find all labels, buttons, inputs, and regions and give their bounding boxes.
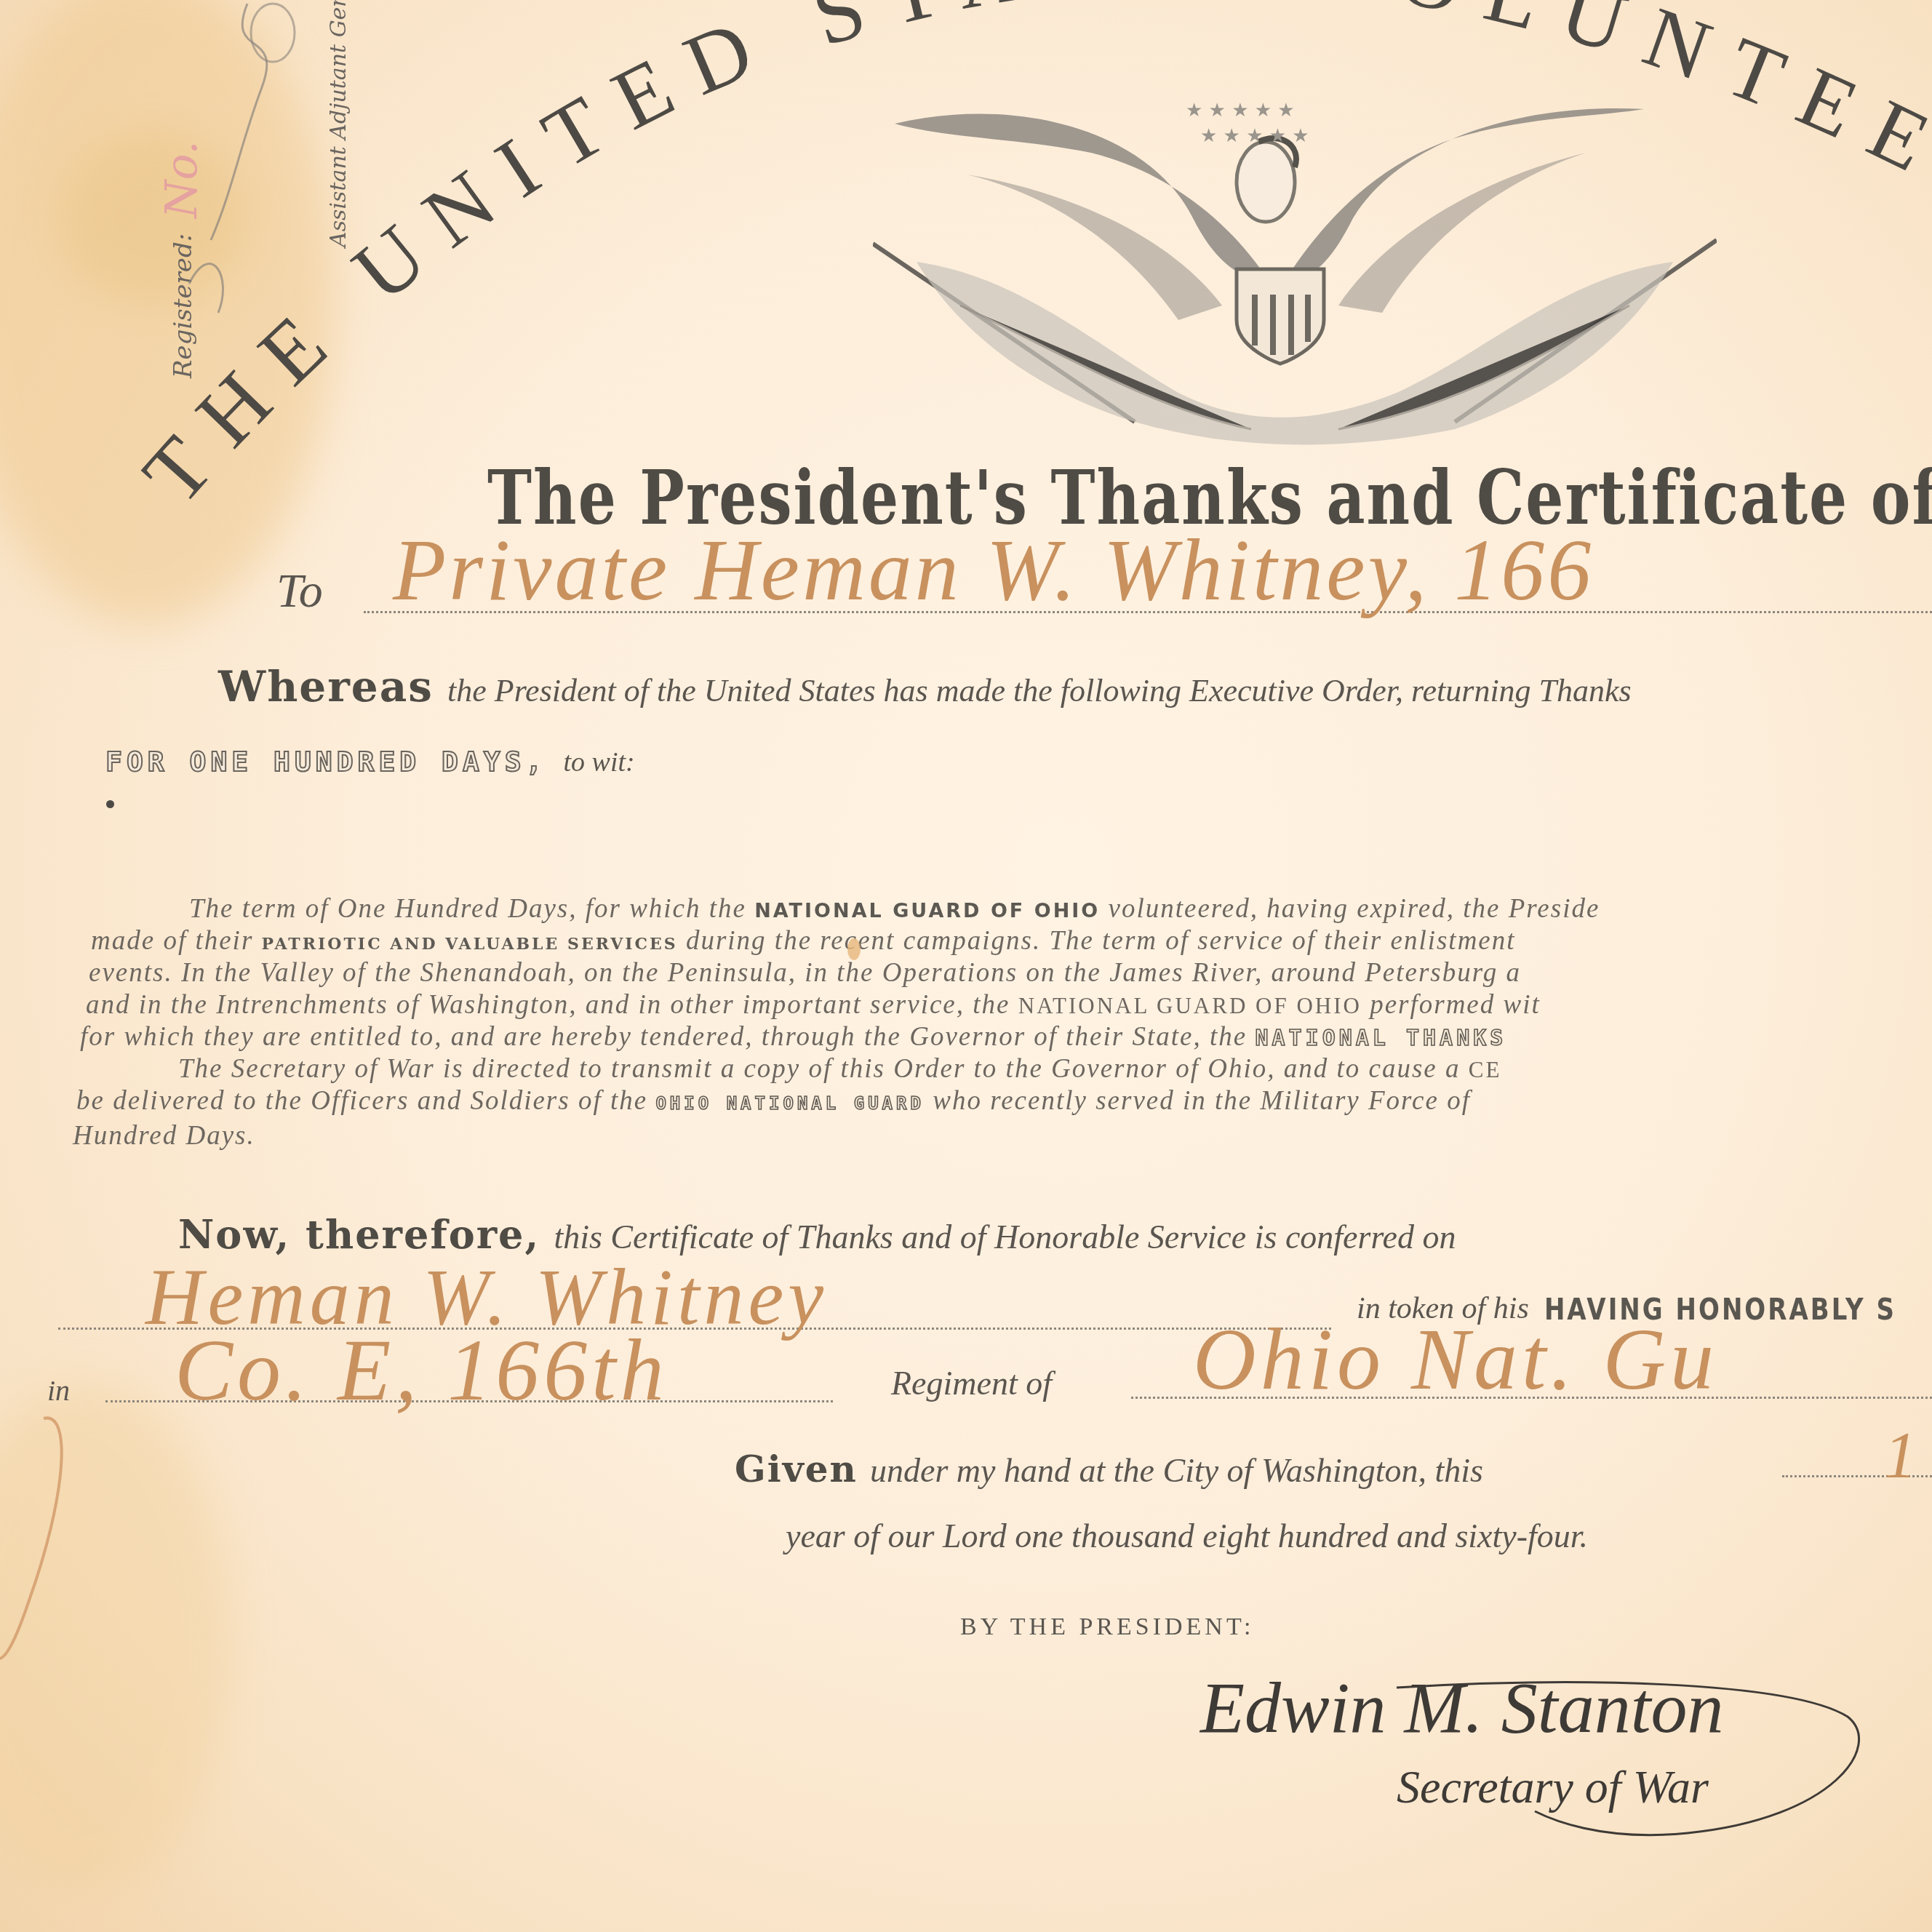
order-line-1: The term of One Hundred Days, for which … (189, 893, 1600, 925)
whereas-paragraph: Whereas the President of the United Stat… (218, 662, 1632, 711)
hundred-days-caps: FOR ONE HUNDRED DAYS, (105, 746, 546, 778)
hundred-days-line: FOR ONE HUNDRED DAYS, to wit: (105, 746, 635, 778)
year-text: year of our Lord one thousand eight hund… (786, 1517, 1588, 1555)
registrar-signature (145, 0, 320, 342)
assistant-adjutant-general: Assistant Adjutant General (326, 0, 351, 247)
order-line-8: Hundred Days. (73, 1120, 255, 1151)
eagle-emblem: ★ ★ ★ ★ ★★ ★ ★ ★ ★ (873, 87, 1717, 451)
order-line-7: be delivered to the Officers and Soldier… (76, 1085, 1471, 1117)
regiment-handwritten: Ohio Nat. Gu (1193, 1309, 1718, 1410)
signature-flourish (1382, 1673, 1877, 1862)
paper-spot (847, 938, 861, 960)
recipient-handwritten: Private Heman W. Whitney, 166 (393, 520, 1594, 620)
whereas-lead: Whereas (218, 662, 434, 711)
bullet-dot (106, 800, 114, 808)
order-line-2: made of their PATRIOTIC AND VALUABLE SER… (91, 925, 1516, 957)
svg-text:★ ★ ★ ★ ★: ★ ★ ★ ★ ★ (1200, 125, 1309, 147)
order-line-6: The Secretary of War is directed to tran… (178, 1053, 1501, 1085)
order-line-3: events. In the Valley of the Shenandoah,… (89, 957, 1521, 989)
margin-flourish (0, 1411, 102, 1673)
order-line-4: and in the Intrenchments of Washington, … (86, 989, 1541, 1021)
to-label: To (276, 564, 323, 619)
svg-text:★ ★ ★ ★ ★: ★ ★ ★ ★ ★ (1186, 100, 1295, 121)
whereas-text: the President of the United States has m… (447, 673, 1632, 708)
given-lead: Given (735, 1448, 858, 1490)
company-handwritten: Co. E, 166th (175, 1320, 668, 1421)
given-text: under my hand at the City of Washington,… (870, 1452, 1483, 1489)
by-the-president: BY THE PRESIDENT: (960, 1613, 1254, 1641)
to-wit: to wit: (564, 747, 635, 778)
order-line-5: for which they are entitled to, and are … (80, 1021, 1506, 1053)
conferral-text: this Certificate of Thanks and of Honora… (554, 1218, 1456, 1256)
given-line: Given under my hand at the City of Washi… (735, 1448, 1483, 1490)
day-handwritten: 1 (1884, 1418, 1917, 1493)
regiment-label: Regiment of (891, 1364, 1052, 1402)
in-label: in (47, 1373, 70, 1408)
